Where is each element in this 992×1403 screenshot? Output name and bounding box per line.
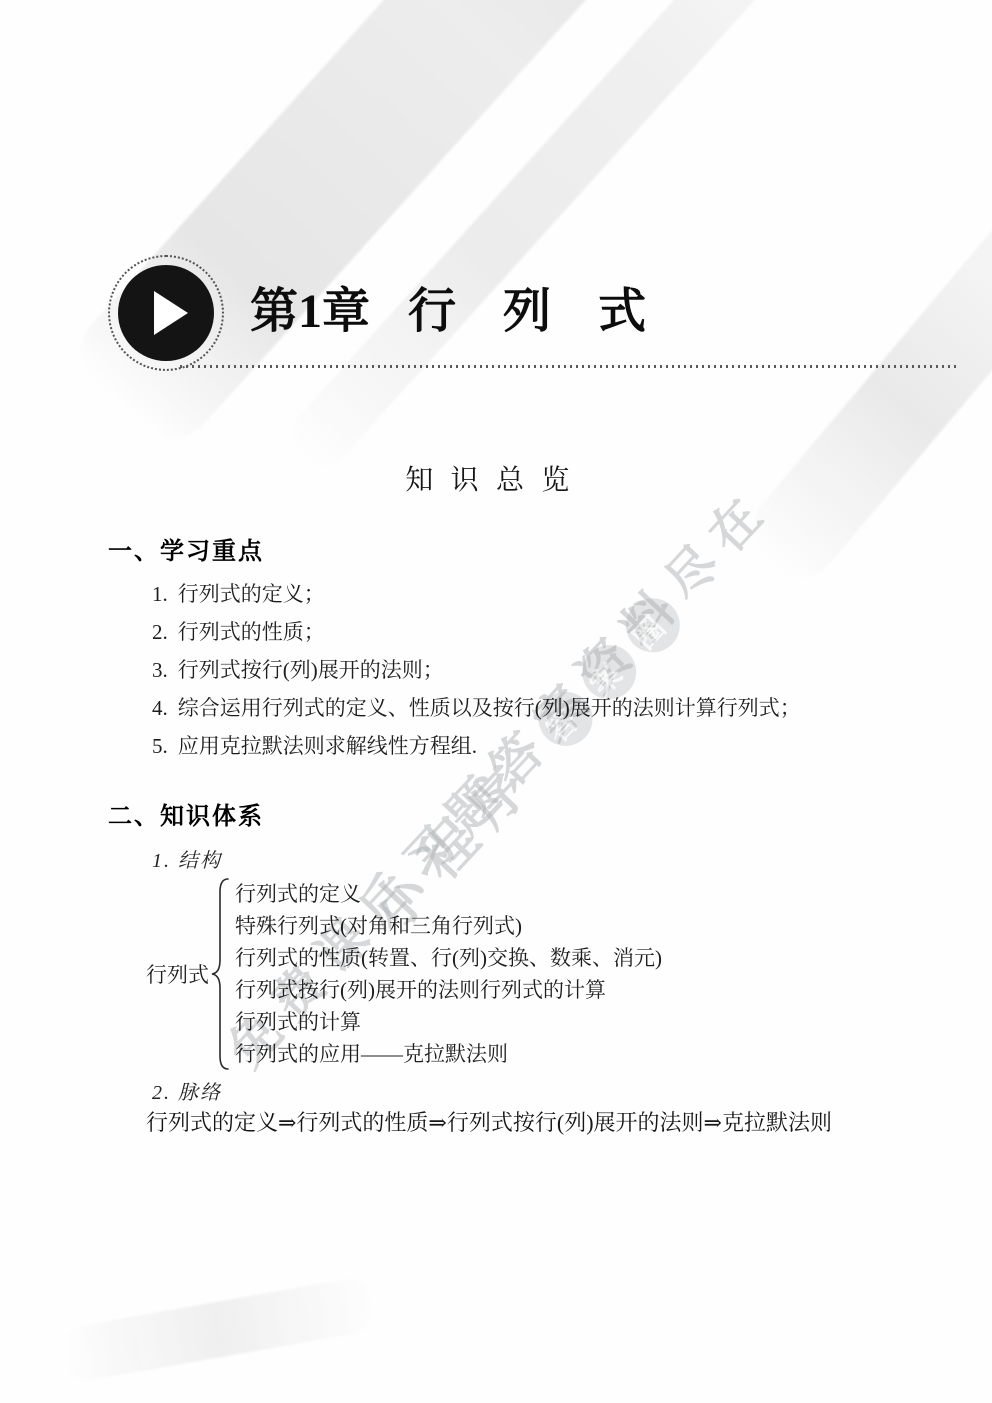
subsection-structure: 1. 结构 [152, 844, 222, 873]
chapter-play-icon [108, 255, 224, 371]
left-brace-icon [211, 876, 231, 1072]
page: 免费课后习题答案资料尽在 小程序 答 案 圈 第1章 行列式 知识总览 一、学习… [0, 0, 992, 1403]
item-number: 5. [152, 734, 168, 759]
knowledge-structure-diagram: 行列式 行列式的定义 特殊行列式(对角和三角行列式) 行列式的性质(转置、行(列… [146, 876, 662, 1072]
item-text: 行列式的性质； [178, 620, 325, 644]
knowledge-flow-line: 行列式的定义⇒行列式的性质⇒行列式按行(列)展开的法则⇒克拉默法则 [146, 1106, 832, 1137]
subsection-number: 1. [152, 850, 171, 872]
diagram-branches: 行列式的定义 特殊行列式(对角和三角行列式) 行列式的性质(转置、行(列)交换、… [235, 878, 662, 1070]
item-text: 应用克拉默法则求解线性方程组. [178, 734, 477, 758]
chapter-title: 第1章 行列式 [250, 276, 693, 336]
diagram-branch: 行列式按行(列)展开的法则行列式的计算 [235, 974, 662, 1006]
diagram-root-label: 行列式 [146, 959, 209, 989]
item-number: 4. [152, 696, 168, 721]
page-content: 第1章 行列式 知识总览 一、学习重点 1.行列式的定义； 2.行列式的性质； … [0, 0, 992, 1403]
chapter-name: 行列式 [408, 272, 693, 341]
play-triangle-icon [154, 291, 188, 335]
item-number: 2. [152, 620, 168, 645]
chapter-number: 第1章 [250, 272, 370, 341]
list-item: 4.综合运用行列式的定义、性质以及按行(列)展开的法则计算行列式； [152, 692, 801, 722]
dotted-divider [180, 365, 956, 368]
item-text: 行列式的定义； [178, 582, 325, 606]
item-number: 3. [152, 658, 168, 683]
diagram-branch: 特殊行列式(对角和三角行列式) [235, 910, 662, 942]
item-number: 1. [152, 582, 168, 607]
section-heading-knowledge-system: 二、知识体系 [108, 796, 264, 831]
diagram-branch: 行列式的性质(转置、行(列)交换、数乘、消元) [235, 942, 662, 974]
subsection-label: 结构 [178, 850, 222, 872]
list-item: 5.应用克拉默法则求解线性方程组. [152, 730, 477, 760]
list-item: 1.行列式的定义； [152, 578, 325, 608]
overview-title: 知识总览 [0, 458, 992, 498]
list-item: 2.行列式的性质； [152, 616, 325, 646]
section-heading-study-focus: 一、学习重点 [108, 531, 264, 566]
diagram-branch: 行列式的定义 [235, 878, 662, 910]
diagram-branch: 行列式的计算 [235, 1006, 662, 1038]
subsection-label: 脉络 [178, 1082, 222, 1104]
subsection-number: 2. [152, 1082, 171, 1104]
diagram-branch: 行列式的应用——克拉默法则 [235, 1038, 662, 1070]
play-icon-disc [118, 265, 214, 361]
subsection-thread: 2. 脉络 [152, 1076, 222, 1105]
list-item: 3.行列式按行(列)展开的法则； [152, 654, 444, 684]
item-text: 综合运用行列式的定义、性质以及按行(列)展开的法则计算行列式； [178, 696, 801, 720]
item-text: 行列式按行(列)展开的法则； [178, 658, 444, 682]
